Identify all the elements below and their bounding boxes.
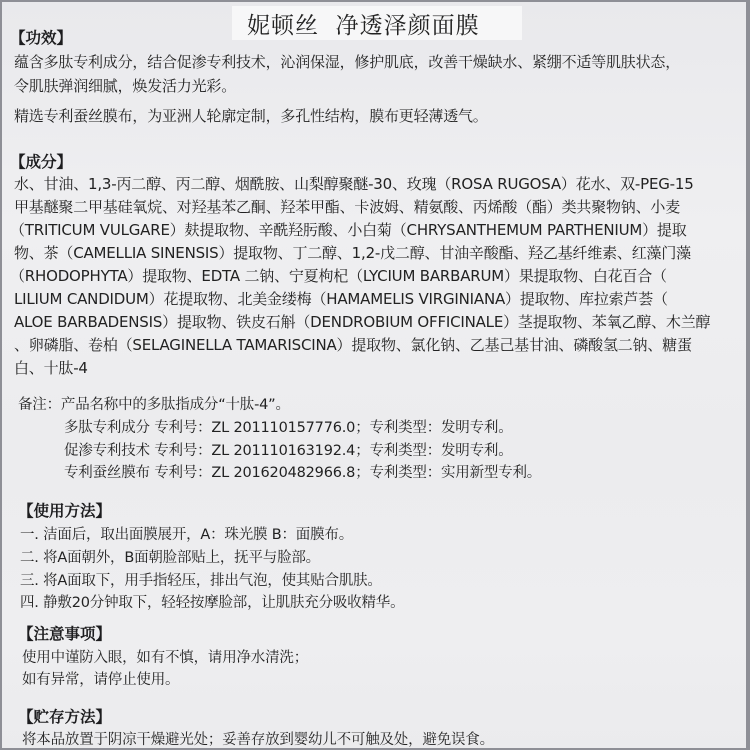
ingredients-heading: 【成分】 (10, 150, 72, 172)
patent-number: 专利号：ZL 201620482966.8； (154, 465, 369, 481)
patent-number: 专利号：ZL 201110163192.4； (154, 443, 369, 459)
ingredients-line: 甲基醚聚二甲基硅氧烷、对羟基苯乙酮、羟苯甲酯、卡波姆、精氨酸、丙烯酸（酯）类共聚… (14, 196, 680, 217)
usage-step: 三. 将A面取下，用手指轻压，排出气泡，使其贴合肌肤。 (20, 569, 382, 590)
storage-heading: 【贮存方法】 (18, 705, 111, 727)
efficacy-heading: 【功效】 (10, 26, 72, 48)
ingredients-line: 物、茶（CAMELLIA SINENSIS）提取物、丁二醇、1,2-戊二醇、甘油… (14, 242, 691, 263)
ingredients-line: 白、十肽-4 (14, 357, 88, 378)
remarks-label: 备注：产品名称中的多肽指成分“十肽-4”。 (18, 393, 290, 414)
patent-type: 专利类型：实用新型专利。 (370, 465, 542, 481)
ingredients-line: 水、甘油、1,3-丙二醇、丙二醇、烟酰胺、山梨醇聚醚-30、玫瑰（ROSA RU… (14, 173, 694, 194)
usage-step: 四. 静敷20分钟取下，轻轻按摩脸部，让肌肤充分吸收精华。 (20, 591, 404, 612)
cautions-line: 如有异常，请停止使用。 (22, 668, 179, 689)
efficacy-line: 令肌肤弹润细腻，焕发活力光彩。 (14, 75, 236, 96)
patent-row: 专利蚕丝膜布 专利号：ZL 201620482966.8；专利类型：实用新型专利… (64, 461, 541, 482)
patent-row: 多肽专利成分 专利号：ZL 201110157776.0；专利类型：发明专利。 (64, 416, 513, 437)
product-label-sheet: 妮顿丝 净透泽颜面膜 【功效】 蕴含多肽专利成分，结合促渗专利技术，沁润保湿，修… (2, 2, 746, 748)
usage-step: 二. 将A面朝外，B面朝脸部贴上，抚平与脸部。 (20, 546, 320, 567)
usage-heading: 【使用方法】 (18, 499, 111, 521)
cautions-heading: 【注意事项】 (18, 622, 111, 644)
patent-name: 促渗专利技术 (64, 443, 150, 459)
ingredients-line: （RHODOPHYTA）提取物、EDTA 二钠、宁夏枸杞（LYCIUM BARB… (10, 265, 667, 286)
cautions-line: 使用中谨防入眼，如有不慎，请用净水清洗； (22, 646, 308, 667)
efficacy-line: 精选专利蚕丝膜布，为亚洲人轮廓定制，多孔性结构，膜布更轻薄透气。 (14, 105, 488, 126)
storage-line: 将本品放置于阴凉干燥避光处；妥善存放到婴幼儿不可触及处，避免误食。 (22, 728, 494, 748)
efficacy-line: 蕴含多肽专利成分，结合促渗专利技术，沁润保湿，修护肌底，改善干燥缺水、紧绷不适等… (14, 51, 680, 72)
ingredients-line: ALOE BARBADENSIS）提取物、铁皮石斛（DENDROBIUM OFF… (14, 311, 710, 332)
patent-name: 多肽专利成分 (64, 420, 150, 436)
usage-step: 一. 洁面后，取出面膜展开，A：珠光膜 B：面膜布。 (20, 523, 353, 544)
product-title: 妮顿丝 净透泽颜面膜 (247, 7, 480, 40)
patent-type: 专利类型：发明专利。 (370, 420, 513, 436)
ingredients-line: 、卵磷脂、卷柏（SELAGINELLA TAMARISCINA）提取物、氯化钠、… (14, 334, 692, 355)
patent-name: 专利蚕丝膜布 (64, 465, 150, 481)
ingredients-line: LILIUM CANDIDUM）花提取物、北美金缕梅（HAMAMELIS VIR… (14, 288, 668, 309)
patent-number: 专利号：ZL 201110157776.0； (154, 420, 369, 436)
patent-row: 促渗专利技术 专利号：ZL 201110163192.4；专利类型：发明专利。 (64, 439, 513, 460)
patent-type: 专利类型：发明专利。 (370, 443, 513, 459)
ingredients-line: （TRITICUM VULGARE）麸提取物、辛酰羟肟酸、小白菊（CHRYSAN… (10, 219, 687, 240)
